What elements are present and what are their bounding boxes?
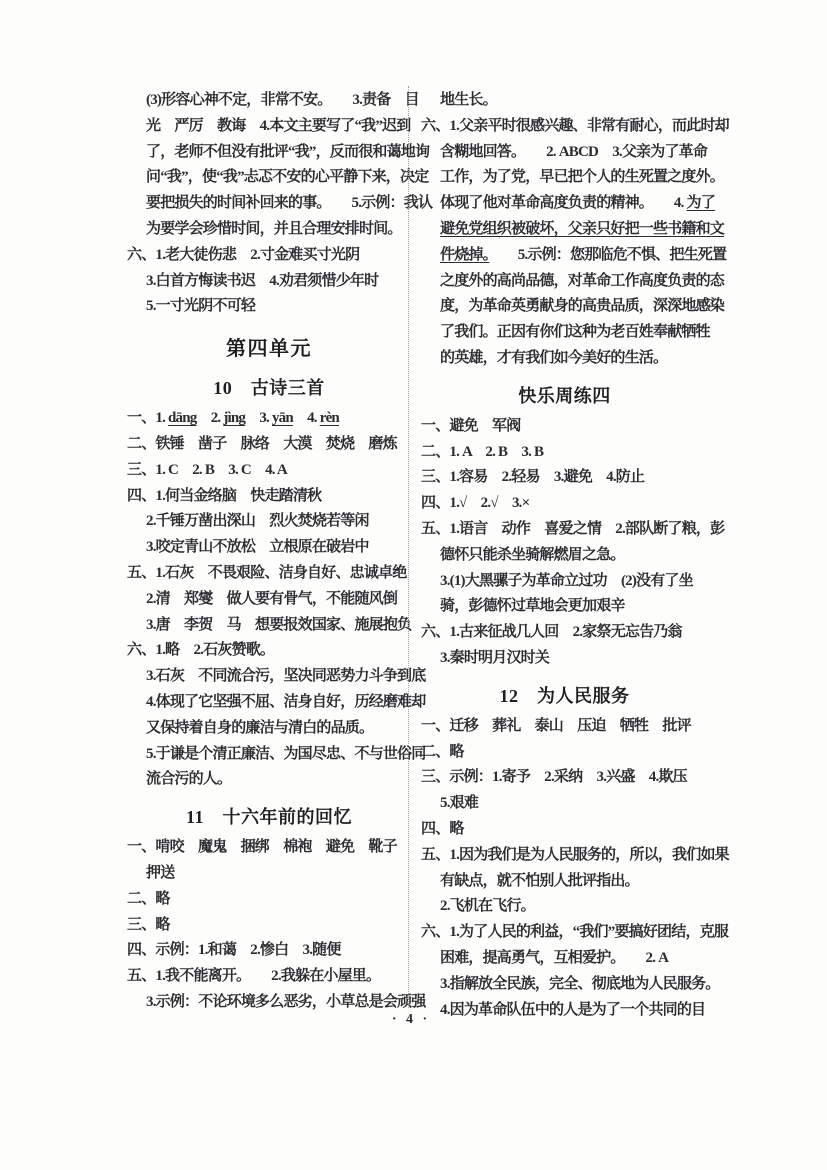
unit-heading: 第四单元 (127, 334, 411, 364)
answer-text: 地生长。 (440, 92, 497, 108)
answer-text: 六、1.老大徒伤悲 2.寸金难买寸光阴 (127, 247, 359, 263)
answer-line: 四、1.√ 2.√ 3.× (421, 491, 708, 517)
answer-text: 押送 (146, 865, 174, 881)
answer-line: 一、迁移 葬礼 泰山 压迫 牺牲 批评 (421, 714, 708, 740)
answer-text: 五、1.我不能离开。 2.我躲在小屋里。 (127, 968, 380, 984)
answer-text: 四、1.何当金络脑 快走踏清秋 (127, 488, 321, 504)
answer-text: 3.指解放全民族，完全、彻底地为人民服务。 (440, 976, 719, 992)
answer-line: 五、1.我不能离开。 2.我躲在小屋里。 (127, 964, 411, 990)
answer-text: 3. (245, 410, 272, 426)
answer-text: 六、1.为了人民的利益，“我们”要搞好团结，克服 (421, 924, 728, 940)
answer-line: 4.体现了它坚强不屈、洁身自好，历经磨难却 (127, 690, 411, 716)
answer-text: 3.唐 李贺 马 想要报效国家、施展抱负 (146, 617, 411, 633)
answer-line: 件烧掉。 5.示例：您那临危不惧、把生死置 (421, 243, 708, 269)
answer-text: 3.白首方悔读书迟 4.劝君须惜少年时 (146, 273, 378, 289)
answer-text: 一、啃咬 魔鬼 捆绑 棉袍 避免 靴子 (127, 839, 397, 855)
answer-line: 工作，为了党，早已把个人的生死置之度外。 (421, 165, 708, 191)
underlined-answer-text: dāng (168, 410, 197, 426)
underlined-answer-text: jìng (223, 410, 245, 426)
answer-line: 四、示例：1.和蔼 2.惨白 3.随便 (127, 938, 411, 964)
answer-text: 有缺点，就不怕别人批评指出。 (440, 873, 639, 889)
answer-line: 的英雄，才有我们如今美好的生活。 (421, 346, 708, 372)
answer-line: 3.唐 李贺 马 想要报效国家、施展抱负 (127, 613, 411, 639)
answer-text: 快乐周练四 (518, 386, 611, 406)
answer-line: 四、略 (421, 817, 708, 843)
lesson-heading: 10 古诗三首 (127, 372, 411, 404)
answer-text: 3.咬定青山不放松 立根原在破岩中 (146, 539, 369, 555)
answer-line: (3)形容心神不定，非常不安。 3.责备 目 (127, 88, 411, 114)
lesson-heading: 快乐周练四 (421, 380, 708, 412)
answer-text: 六、1.略 2.石灰赞歌。 (127, 642, 274, 658)
answer-line: 含糊地回答。 2. ABCD 3.父亲为了革命 (421, 140, 708, 166)
answer-text: 的英雄，才有我们如今美好的生活。 (440, 350, 667, 366)
answer-text: 3.石灰 不同流合污，坚决同恶势力斗争到底 (146, 668, 425, 684)
answer-line: 六、1.老大徒伤悲 2.寸金难买寸光阴 (127, 243, 411, 269)
answer-text: 5.一寸光阴不可轻 (146, 298, 255, 314)
answer-line: 避免党组织被破坏，父亲只好把一些书籍和文 (421, 217, 708, 243)
answer-text: 3.(1)大黑骡子为革命立过功 (2)没有了坐 (440, 573, 693, 589)
answer-line: 流合污的人。 (127, 767, 411, 793)
answer-line: 五、1.石灰 不畏艰险、洁身自好、忠诚卓绝 (127, 561, 411, 587)
answer-line: 六、1.为了人民的利益，“我们”要搞好团结，克服 (421, 920, 708, 946)
answer-text: 骑，彭德怀过草地会更加艰辛 (440, 598, 625, 614)
answer-line: 体现了他对革命高度负责的精神。 4. 为了 (421, 191, 708, 217)
answer-text: 光 严厉 教诲 4.本文主要写了“我”迟到 (146, 118, 410, 134)
answer-line: 一、1. dāng 2. jìng 3. yān 4. rèn (127, 406, 411, 432)
answer-line: 五、1.语言 动作 喜爱之情 2.部队断了粮，彭 (421, 517, 708, 543)
answer-line: 2.千锤万凿出深山 烈火焚烧若等闲 (127, 509, 411, 535)
answer-text: 度，为革命英勇献身的高贵品质，深深地感染 (440, 298, 724, 314)
answer-text: 4.体现了它坚强不屈、洁身自好，历经磨难却 (146, 694, 425, 710)
answer-text: 二、1. A 2. B 3. B (421, 444, 543, 460)
answer-line: 度，为革命英勇献身的高贵品质，深深地感染 (421, 294, 708, 320)
answer-text: 二、略 (421, 744, 464, 760)
answer-text: 又保持着自身的廉洁与清白的品质。 (146, 720, 373, 736)
answer-text: 2.千锤万凿出深山 烈火焚烧若等闲 (146, 513, 369, 529)
answer-line: 一、啃咬 魔鬼 捆绑 棉袍 避免 靴子 (127, 835, 411, 861)
answer-text: 要把损失的时间补回来的事。 5.示例：我认 (146, 195, 432, 211)
answer-text: 含糊地回答。 2. ABCD 3.父亲为了革命 (440, 144, 707, 160)
answer-line: 押送 (127, 861, 411, 887)
answer-line: 之度外的高尚品德，对革命工作高度负责的态 (421, 269, 708, 295)
answer-text: 5.艰难 (440, 795, 478, 811)
page-number: · 4 · (331, 1012, 491, 1028)
answer-text: 11 十六年前的回忆 (186, 807, 352, 827)
answer-line: 2.飞机在飞行。 (421, 894, 708, 920)
answer-line: 三、示例：1.寄予 2.采纳 3.兴盛 4.欺压 (421, 765, 708, 791)
answer-text: 五、1.石灰 不畏艰险、洁身自好、忠诚卓绝 (127, 565, 406, 581)
answer-text: 三、1. C 2. B 3. C 4. A (127, 462, 287, 478)
answer-line: 了，老师不但没有批评“我”，反而很和蔼地询 (127, 140, 411, 166)
answer-line: 骑，彭德怀过草地会更加艰辛 (421, 594, 708, 620)
answer-text: 三、1.容易 2.轻易 3.避免 4.防止 (421, 469, 644, 485)
column-divider-dotted-rule (408, 86, 409, 1008)
answer-key-page: (3)形容心神不定，非常不安。 3.责备 目光 严厉 教诲 4.本文主要写了“我… (0, 0, 827, 1170)
answer-text: 第四单元 (226, 338, 312, 360)
answer-line: 困难，提高勇气，互相爱护。 2. A (421, 946, 708, 972)
answer-text: 六、1.父亲平时很感兴趣、非常有耐心，而此时却 (421, 118, 729, 134)
answer-line: 又保持着自身的廉洁与清白的品质。 (127, 716, 411, 742)
answer-text: 10 古诗三首 (213, 378, 325, 398)
answer-line: 一、避免 军阀 (421, 414, 708, 440)
answer-text: 问“我”，使“我”忐忑不安的心平静下来，决定 (146, 169, 428, 185)
answer-line: 光 严厉 教诲 4.本文主要写了“我”迟到 (127, 114, 411, 140)
answer-text: 3.示例：不论环境多么恶劣，小草总是会顽强 (146, 994, 425, 1010)
answer-text: 二、铁锤 凿子 脉络 大漠 焚烧 磨炼 (127, 436, 397, 452)
answer-text: 12 为人民服务 (500, 686, 630, 706)
answer-text: 为要学会珍惜时间，并且合理安排时间。 (146, 221, 402, 237)
answer-text: 四、略 (421, 821, 464, 837)
answer-line: 五、1.因为我们是为人民服务的，所以，我们如果 (421, 843, 708, 869)
answer-text: 五、1.语言 动作 喜爱之情 2.部队断了粮，彭 (421, 521, 724, 537)
left-text-column: (3)形容心神不定，非常不安。 3.责备 目光 严厉 教诲 4.本文主要写了“我… (127, 88, 411, 1016)
underlined-answer-text: 为了 (687, 195, 715, 211)
lesson-heading: 12 为人民服务 (421, 680, 708, 712)
answer-line: 5.于谦是个清正廉洁、为国尽忠、不与世俗同 (127, 742, 411, 768)
answer-text: 五、1.因为我们是为人民服务的，所以，我们如果 (421, 847, 729, 863)
underlined-answer-text: 避免党组织被破坏，父亲只好把一些书籍和文 (440, 221, 724, 237)
answer-line: 3.秦时明月汉时关 (421, 646, 708, 672)
answer-line: 地生长。 (421, 88, 708, 114)
answer-line: 为要学会珍惜时间，并且合理安排时间。 (127, 217, 411, 243)
answer-line: 二、略 (421, 740, 708, 766)
answer-text: 二、略 (127, 891, 170, 907)
answer-line: 3.白首方悔读书迟 4.劝君须惜少年时 (127, 269, 411, 295)
answer-text: 之度外的高尚品德，对革命工作高度负责的态 (440, 273, 724, 289)
answer-text: 2. (197, 410, 224, 426)
answer-text: 四、1.√ 2.√ 3.× (421, 495, 529, 511)
answer-text: 三、略 (127, 917, 170, 933)
answer-text: 5.于谦是个清正廉洁、为国尽忠、不与世俗同 (146, 746, 425, 762)
underlined-answer-text: 件烧掉。 (440, 247, 489, 263)
answer-line: 要把损失的时间补回来的事。 5.示例：我认 (127, 191, 411, 217)
answer-line: 六、1.略 2.石灰赞歌。 (127, 638, 411, 664)
answer-text: 工作，为了党，早已把个人的生死置之度外。 (440, 169, 724, 185)
answer-text: (3)形容心神不定，非常不安。 3.责备 目 (146, 92, 419, 108)
answer-text: 六、1.古来征战几人回 2.家祭无忘告乃翁 (421, 624, 682, 640)
lesson-heading: 11 十六年前的回忆 (127, 801, 411, 833)
answer-line: 了我们。正因有你们这种为老百姓奉献牺牲 (421, 320, 708, 346)
answer-line: 三、1. C 2. B 3. C 4. A (127, 458, 411, 484)
answer-line: 有缺点，就不怕别人批评指出。 (421, 869, 708, 895)
answer-line: 问“我”，使“我”忐忑不安的心平静下来，决定 (127, 165, 411, 191)
answer-text: 2.飞机在飞行。 (440, 898, 535, 914)
answer-text: 体现了他对革命高度负责的精神。 4. (440, 195, 687, 211)
answer-line: 3.指解放全民族，完全、彻底地为人民服务。 (421, 972, 708, 998)
underlined-answer-text: yān (272, 410, 293, 426)
answer-text: 困难，提高勇气，互相爱护。 2. A (440, 950, 668, 966)
answer-line: 二、1. A 2. B 3. B (421, 440, 708, 466)
answer-text: 一、迁移 葬礼 泰山 压迫 牺牲 批评 (421, 718, 691, 734)
answer-line: 3.(1)大黑骡子为革命立过功 (2)没有了坐 (421, 569, 708, 595)
answer-text: 了，老师不但没有批评“我”，反而很和蔼地询 (146, 144, 429, 160)
answer-text: 流合污的人。 (146, 771, 231, 787)
answer-line: 二、略 (127, 887, 411, 913)
answer-text: 了我们。正因有你们这种为老百姓奉献牺牲 (440, 324, 710, 340)
answer-text: 一、1. (127, 410, 168, 426)
answer-line: 5.艰难 (421, 791, 708, 817)
answer-text: 一、避免 军阀 (421, 418, 520, 434)
answer-line: 2.清 郑燮 做人要有骨气，不能随风倒 (127, 587, 411, 613)
answer-text: 2.清 郑燮 做人要有骨气，不能随风倒 (146, 591, 397, 607)
answer-line: 3.石灰 不同流合污，坚决同恶势力斗争到底 (127, 664, 411, 690)
answer-line: 5.一寸光阴不可轻 (127, 294, 411, 320)
answer-line: 四、1.何当金络脑 快走踏清秋 (127, 484, 411, 510)
answer-text: 四、示例：1.和蔼 2.惨白 3.随便 (127, 942, 341, 958)
answer-line: 六、1.古来征战几人回 2.家祭无忘告乃翁 (421, 620, 708, 646)
answer-text: 4. (293, 410, 320, 426)
answer-text: 三、示例：1.寄予 2.采纳 3.兴盛 4.欺压 (421, 769, 687, 785)
underlined-answer-text: rèn (320, 410, 339, 426)
answer-text: 3.秦时明月汉时关 (440, 650, 549, 666)
answer-line: 三、1.容易 2.轻易 3.避免 4.防止 (421, 465, 708, 491)
answer-text: 德怀只能杀坐骑解燃眉之急。 (440, 547, 625, 563)
answer-line: 德怀只能杀坐骑解燃眉之急。 (421, 543, 708, 569)
answer-line: 三、略 (127, 913, 411, 939)
right-text-column: 地生长。六、1.父亲平时很感兴趣、非常有耐心，而此时却含糊地回答。 2. ABC… (421, 88, 708, 1023)
answer-line: 3.咬定青山不放松 立根原在破岩中 (127, 535, 411, 561)
answer-text: 5.示例：您那临危不惧、把生死置 (489, 247, 726, 263)
answer-line: 二、铁锤 凿子 脉络 大漠 焚烧 磨炼 (127, 432, 411, 458)
answer-line: 六、1.父亲平时很感兴趣、非常有耐心，而此时却 (421, 114, 708, 140)
